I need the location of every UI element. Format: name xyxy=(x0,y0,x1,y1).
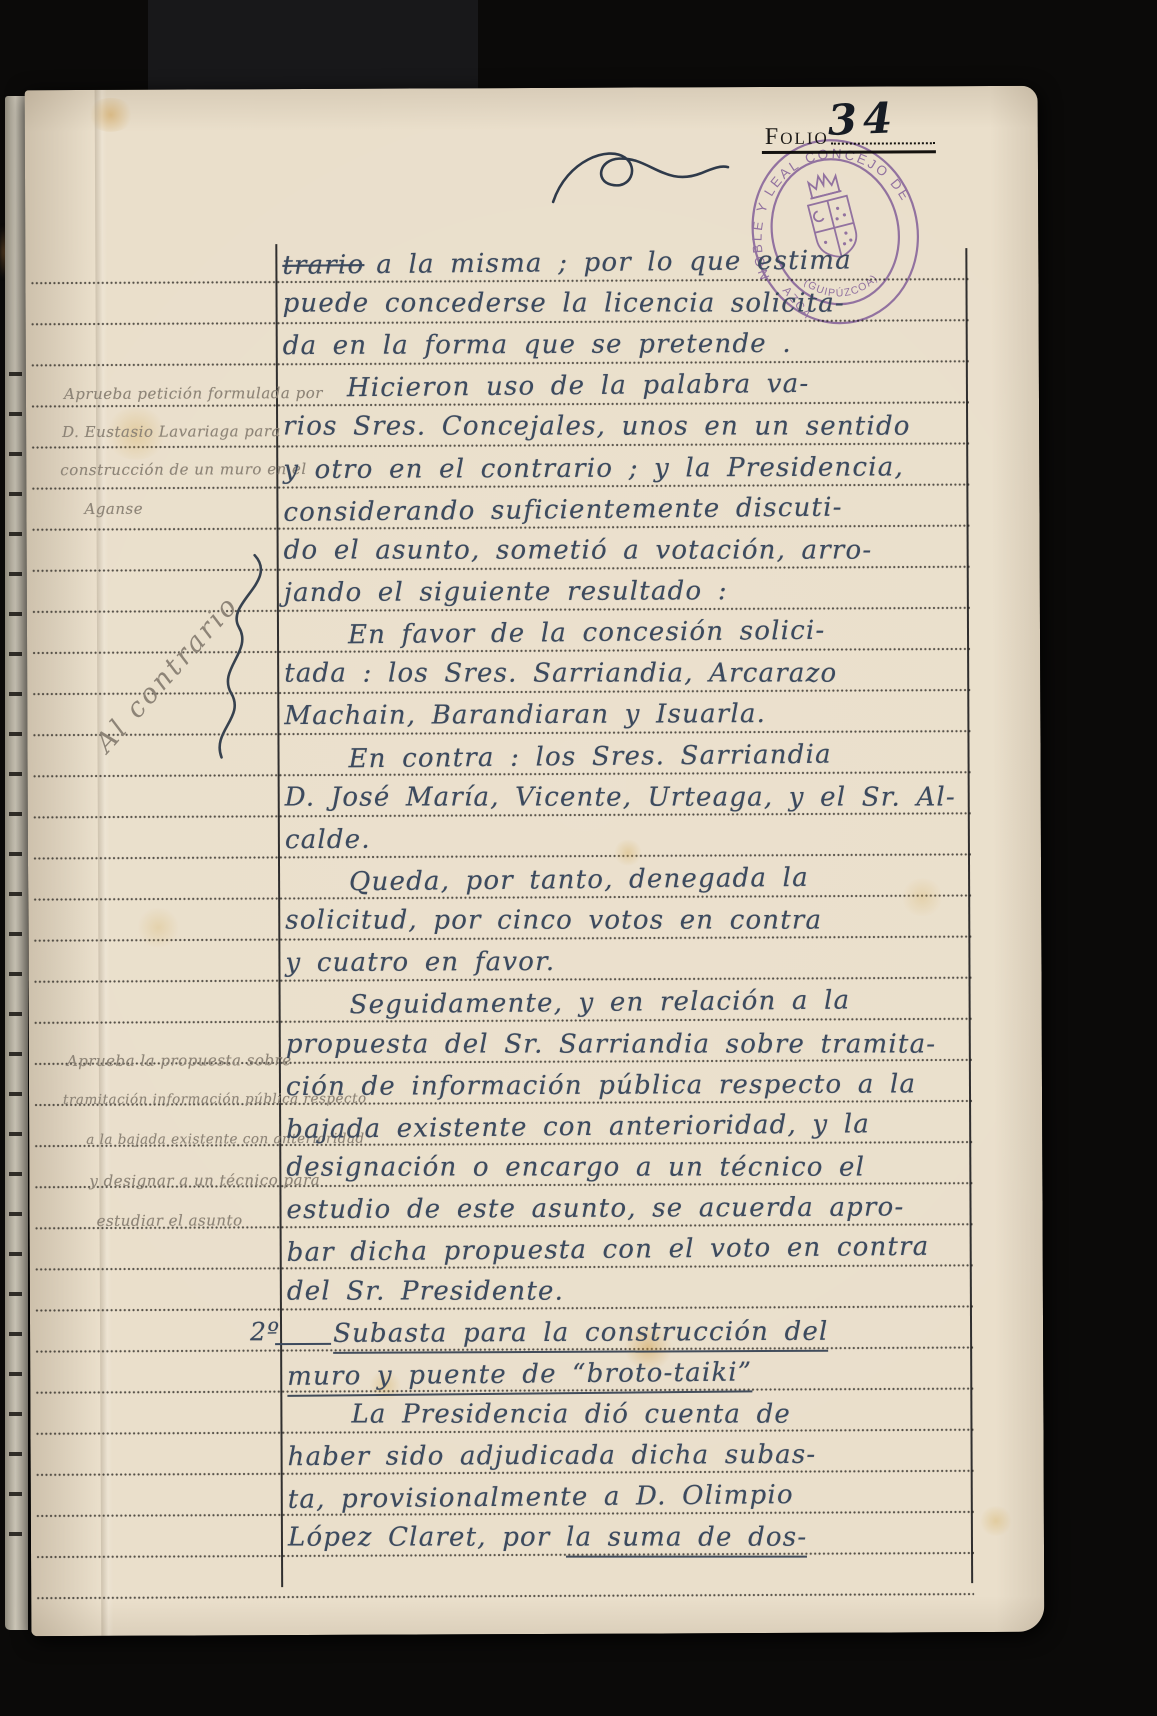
manuscript-line: ta, provisionalmente a D. Olimpio xyxy=(288,1478,980,1525)
manuscript-line: considerando suficientemente discuti- xyxy=(283,491,975,538)
manuscript-line: Queda, por tanto, denegada la xyxy=(285,861,977,908)
manuscript-line: ción de información pública respecto a l… xyxy=(286,1069,978,1112)
manuscript-line: do el asunto, sometió a votación, arro- xyxy=(284,536,976,576)
margin-note-line: D. Eustasio Lavariaga para xyxy=(62,422,281,441)
manuscript-line: trarioa la misma ; por lo que estima xyxy=(282,244,974,291)
ink-flourish xyxy=(545,143,735,222)
manuscript-line: designación o encargo a un técnico el xyxy=(286,1153,978,1193)
manuscript-line: haber sido adjudicada dicha subas- xyxy=(288,1439,980,1482)
line-text: López Claret, por xyxy=(288,1523,566,1553)
manuscript-line: calde. xyxy=(285,822,977,865)
adjacent-page-rule-marks xyxy=(9,336,22,1566)
manuscript-line: Machain, Barandiaran y Isuarla. xyxy=(284,698,976,741)
underlined-heading: Subasta para la construcción del xyxy=(333,1317,829,1354)
struck-word: trario xyxy=(282,250,364,281)
adjacent-page-edge xyxy=(5,96,28,1630)
item-number: 2º xyxy=(250,1317,280,1346)
margin-note-line: construcción de un muro en el xyxy=(60,460,306,479)
underlined-heading: muro y puente de “broto-taiki” xyxy=(287,1357,752,1396)
manuscript-line-item2-heading: muro y puente de “broto-taiki” xyxy=(287,1355,979,1402)
margin-note-line: Aganse xyxy=(84,500,143,518)
manuscript-line: propuesta del Sr. Sarriandia sobre trami… xyxy=(286,1030,978,1070)
manuscript-line: En contra : los Sres. Sarriandia xyxy=(284,738,976,785)
manuscript-line: rios Sres. Concejales, unos en un sentid… xyxy=(283,412,975,452)
manuscript-line: D. José María, Vicente, Urteaga, y el Sr… xyxy=(285,783,977,823)
manuscript-line: Seguidamente, y en relación a la xyxy=(285,984,977,1031)
ink-paraph xyxy=(195,551,286,763)
line-text: a la misma ; por lo que estima xyxy=(376,245,852,280)
manuscript-line: bajada existente con anterioridad, y la xyxy=(286,1108,978,1155)
manuscript-line: tada : los Sres. Sarriandia, Arcarazo xyxy=(284,659,976,699)
dash-stroke xyxy=(275,1343,331,1345)
manuscript-line: En favor de la concesión solici- xyxy=(284,614,976,661)
manuscript-line: La Presidencia dió cuenta de xyxy=(287,1400,979,1440)
manuscript-line: y cuatro en favor. xyxy=(285,945,977,988)
manuscript-page: Folio 34 xyxy=(25,86,1045,1636)
manuscript-line-item2-heading: 2º Subasta para la construcción del xyxy=(287,1316,1025,1359)
manuscript-line: da en la forma que se pretende . xyxy=(283,328,975,371)
manuscript-line: Hicieron uso de la palabra va- xyxy=(283,367,975,414)
age-stain xyxy=(979,1506,1013,1536)
manuscript-line: jando el siguiente resultado : xyxy=(284,575,976,618)
manuscript-line: y otro en el contrario ; y la Presidenci… xyxy=(283,452,975,495)
manuscript-line: puede concederse la licencia solicita- xyxy=(283,289,975,329)
manuscript-line: estudio de este asunto, se acuerda apro- xyxy=(286,1192,978,1235)
underlined-amount: la suma de dos- xyxy=(566,1523,807,1558)
scanned-book-photo: Folio 34 xyxy=(0,0,1157,1716)
manuscript-line: bar dicha propuesta con el voto en contr… xyxy=(287,1231,979,1278)
manuscript-line: López Claret, por la suma de dos- xyxy=(288,1523,980,1563)
margin-note-line: estudiar el asunto xyxy=(97,1211,243,1230)
manuscript-line: solicitud, por cinco votos en contra xyxy=(285,906,977,946)
manuscript-line: del Sr. Presidente. xyxy=(287,1277,979,1317)
margin-note-line: Aprueba la propuesta sobre xyxy=(67,1051,292,1070)
